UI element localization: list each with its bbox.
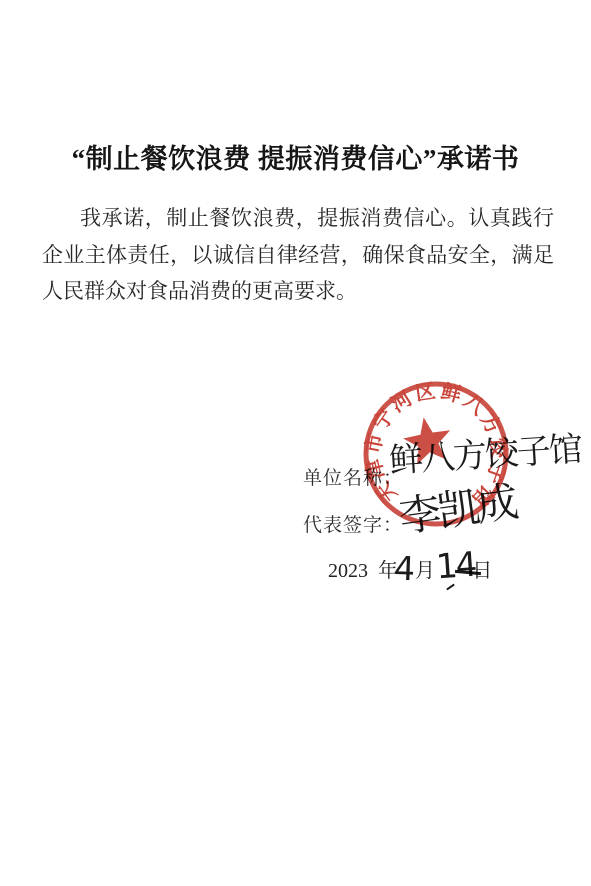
document-page: “制止餐饮浪费 提振消费信心”承诺书 我承诺，制止餐饮浪费，提振消费信心。认真践… [0, 0, 591, 886]
commitment-title: “制止餐饮浪费 提振消费信心”承诺书 [0, 137, 591, 176]
body-paragraph: 我承诺，制止餐饮浪费，提振消费信心。认真践行企业主体责任，以诚信自律经营，确保食… [42, 200, 554, 310]
handwritten-day: 14 [435, 548, 477, 585]
date-month-printed: 月 [415, 556, 435, 586]
handwritten-month: 4 [393, 552, 415, 586]
date-year-printed: 2023 年 [328, 556, 398, 586]
